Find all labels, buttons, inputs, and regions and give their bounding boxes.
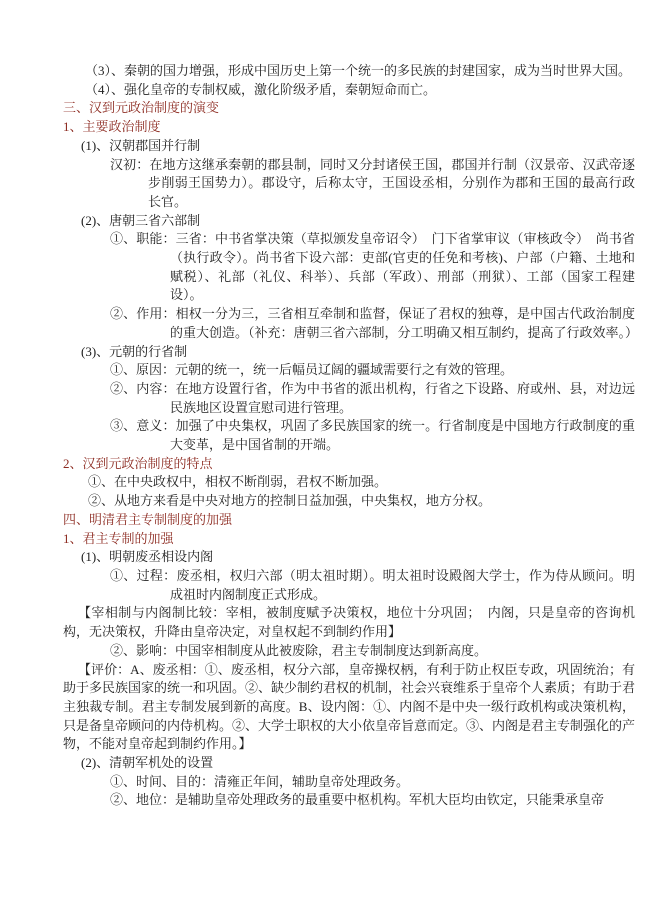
yuan-content-point: ②、内容：在地方设置行省，作为中书省的派出机构，行省之下设路、府或州、县，对边远… (63, 380, 635, 417)
qing-status-point: ②、地位：是辅助皇帝处理政务的最重要中枢机构。军机大臣均由钦定，只能秉承皇帝 (63, 791, 635, 810)
tang-function-point: ①、职能：三省：中书省掌决策（草拟颁发皇帝诏令） 门下省掌审议（审核政令） 尚书… (63, 230, 635, 305)
features-point-1: ①、在中央政权中，相权不断削弱，君权不断加强。 (63, 473, 635, 492)
intro-point-4: （4）、强化皇帝的专制权威，激化阶级矛盾，秦朝短命而亡。 (63, 81, 635, 100)
yuan-xingsheng-heading: (3)、元朝的行省制 (63, 343, 635, 362)
intro-point-3: （3）、秦朝的国力增强，形成中国历史上第一个统一的多民族的封建国家，成为当时世界… (63, 62, 635, 81)
section-3-heading: 三、汉到元政治制度的演变 (63, 99, 635, 118)
yuan-meaning-point: ③、意义：加强了中央集权，巩固了多民族国家的统一。行省制度是中国地方行政制度的重… (63, 417, 635, 454)
han-junguo-heading: (1)、汉朝郡国并行制 (63, 137, 635, 156)
section-3-sub-1-heading: 1、主要政治制度 (63, 118, 635, 137)
document-page: （3）、秦朝的国力增强，形成中国历史上第一个统一的多民族的封建国家，成为当时世界… (0, 0, 660, 914)
tang-sansheng-heading: (2)、唐朝三省六部制 (63, 212, 635, 231)
yuan-reason-point: ①、原因：元朝的统一，统一后幅员辽阔的疆域需要行之有效的管理。 (63, 361, 635, 380)
qing-time-purpose-point: ①、时间、目的：清雍正年间，辅助皇帝处理政务。 (63, 773, 635, 792)
compare-bracket-block: 【宰相制与内阁制比较：宰相，被制度赋予决策权，地位十分巩固； 内阁，只是皇帝的咨… (63, 604, 635, 641)
ming-neige-heading: (1)、明朝废丞相设内阁 (63, 548, 635, 567)
qing-junjichu-heading: (2)、清朝军机处的设置 (63, 754, 635, 773)
evaluation-bracket-block: 【评价：A、废丞相：①、废丞相，权分六部，皇帝操权柄，有利于防止权臣专政，巩固统… (63, 661, 635, 755)
section-3-sub-2-heading: 2、汉到元政治制度的特点 (63, 455, 635, 474)
section-4-heading: 四、明清君主专制制度的加强 (63, 511, 635, 530)
features-point-2: ②、从地方来看是中央对地方的控制日益加强，中央集权，地方分权。 (63, 492, 635, 511)
ming-impact-point: ②、影响：中国宰相制度从此被废除，君主专制制度达到新高度。 (63, 642, 635, 661)
ming-process-point: ①、过程：废丞相，权归六部（明太祖时期）。明太祖时设殿阁大学士，作为侍从顾问。明… (63, 567, 635, 604)
han-junguo-body: 汉初：在地方这继承秦朝的郡县制，同时又分封诸侯王国，郡国并行制（汉景帝、汉武帝逐… (63, 156, 635, 212)
section-4-sub-1-heading: 1、君主专制的加强 (63, 530, 635, 549)
document-content: （3）、秦朝的国力增强，形成中国历史上第一个统一的多民族的封建国家，成为当时世界… (63, 62, 635, 810)
tang-effect-point: ②、作用：相权一分为三，三省相互牵制和监督，保证了君权的独尊，是中国古代政治制度… (63, 305, 635, 342)
